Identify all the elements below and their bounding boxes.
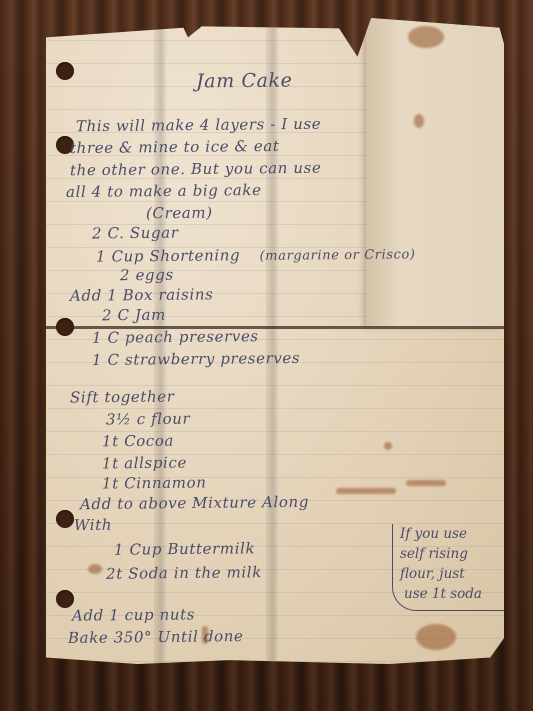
- ingredient-qty: 1 C: [92, 351, 120, 369]
- ingredient-qty: 3½ c: [106, 410, 146, 428]
- binder-hole: [56, 318, 74, 336]
- intro-line: This will make 4 layers - I use: [76, 115, 321, 136]
- ingredient-qty: 2t: [106, 565, 123, 583]
- ingredient-qty: 1 C: [92, 329, 120, 347]
- binder-hole: [56, 62, 74, 80]
- ingredient-item: Sugar: [130, 224, 179, 243]
- ingredient-qty: 1 Cup: [114, 540, 162, 559]
- ingredient-line: 1 C strawberry preserves: [92, 349, 300, 369]
- ingredient-item: allspice: [124, 454, 187, 473]
- ingredient-item: eggs: [135, 266, 173, 284]
- step-label: Add to above Mixture Along: [80, 493, 309, 513]
- binder-hole: [56, 590, 74, 608]
- stain: [408, 26, 444, 48]
- intro-line: three & mine to ice & eat: [70, 137, 280, 157]
- step-label: Add 1 cup nuts: [72, 605, 195, 624]
- recipe-title: Jam Cake: [196, 69, 293, 92]
- recipe-paper: Jam Cake This will make 4 layers - I use…: [46, 18, 504, 664]
- stain: [384, 442, 392, 450]
- stain: [416, 624, 456, 650]
- step-label: (Cream): [146, 204, 213, 223]
- folded-paper-flap: [366, 18, 504, 328]
- ingredient-item: Cinnamon: [124, 473, 206, 492]
- intro-line: the other one. But you can use: [70, 159, 322, 180]
- ingredient-line: 1t Cocoa: [102, 432, 174, 451]
- ingredient-item: Jam: [135, 306, 166, 324]
- stain: [406, 480, 446, 486]
- step-label: Bake 350° Until done: [68, 627, 244, 647]
- ingredient-qty: 1t: [102, 474, 119, 492]
- ingredient-line: 2 eggs: [120, 266, 174, 285]
- ingredient-item: Buttermilk: [167, 539, 255, 558]
- ingredient-qty: 2 C.: [92, 224, 125, 242]
- stain: [414, 114, 424, 128]
- binder-hole: [56, 510, 74, 528]
- stain: [336, 488, 396, 494]
- ingredient-item: peach preserves: [125, 327, 259, 346]
- ingredient-item: Shortening: [149, 246, 240, 265]
- ingredient-item: strawberry preserves: [125, 349, 300, 369]
- ingredient-line: 2 C Jam: [102, 306, 166, 325]
- intro-line: all 4 to make a big cake: [66, 181, 262, 201]
- ingredient-qty: 2 C: [102, 306, 130, 324]
- ingredient-line: 1 Cup Shortening (margarine or Crisco): [96, 244, 416, 265]
- side-note-line: self rising: [400, 544, 468, 564]
- side-note-line: use 1t soda: [404, 584, 482, 604]
- step-label: Add 1 Box raisins: [70, 285, 214, 305]
- side-note-line: If you use: [400, 524, 467, 544]
- ingredient-line: 1t Cinnamon: [102, 473, 207, 492]
- ingredient-line: 1t allspice: [102, 454, 187, 473]
- ingredient-item: Cocoa: [124, 432, 174, 451]
- ingredient-qty: 1 Cup: [96, 247, 144, 266]
- ingredient-line: 3½ c flour: [106, 410, 190, 429]
- ingredient-line: 1 Cup Buttermilk: [114, 539, 255, 558]
- ingredient-line: 1 C peach preserves: [92, 327, 259, 347]
- ingredient-item: flour: [151, 410, 190, 428]
- ingredient-qty: 2: [120, 266, 130, 284]
- step-label: Sift together: [70, 387, 175, 406]
- ingredient-line: 2 C. Sugar: [92, 224, 179, 243]
- side-note-line: flour, just: [400, 564, 465, 584]
- ingredient-line: 2t Soda in the milk: [106, 563, 262, 583]
- step-label: With: [74, 516, 112, 534]
- ingredient-qty: 1t: [102, 432, 119, 450]
- stain: [88, 564, 102, 574]
- ingredient-note: (margarine or Crisco): [260, 247, 416, 264]
- ingredient-qty: 1t: [102, 454, 119, 472]
- ingredient-item: Soda in the milk: [128, 563, 262, 582]
